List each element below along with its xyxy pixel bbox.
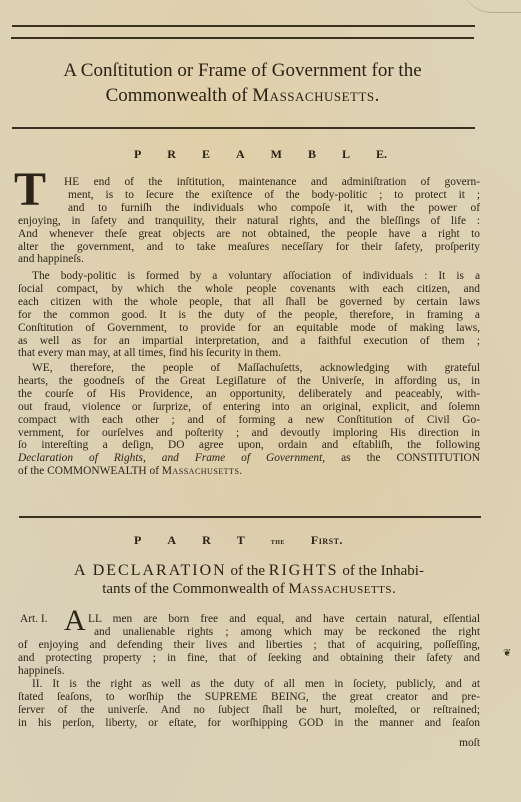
title-line-2: Commonwealth of Massachusetts. [10,83,475,108]
text-line: in his perſon, liberty, or eſtate, for w… [18,717,480,730]
text-line: II. It is the right as well as the duty … [18,678,480,691]
text-line: ſtated ſeaſons, to worſhip the SUPREME B… [18,691,480,704]
text-line: and happineſs. [18,253,480,266]
heading-letter: A [236,147,245,162]
declaration-word: A DECLARATION [74,562,227,579]
text-line: each citizen with the whole people, that… [18,296,480,309]
text-line: out fraud, violence or ſurprize, of ente… [18,401,480,414]
preamble-paragraph-2: The body-politic is formed by a voluntar… [18,270,480,360]
text-line: and to furniſh the individuals who compo… [18,202,480,215]
part-separator-rule [19,516,481,518]
text-line: of enjoying and defending their lives an… [18,639,480,652]
part-heading: PARTtheFirst. [0,533,499,548]
catchword: moſt [459,737,480,749]
text-line: ſocial compact, by which the whole peopl… [18,283,480,296]
text-line: Declaration of Rights, and Frame of Gove… [18,452,480,465]
declaration-title-line-2: tants of the Commonwealth of Massachuset… [18,580,480,598]
text-line: LL men are born free and equal, and have… [18,613,480,626]
heading-letter: A [167,533,176,548]
period: . [392,581,396,597]
text-line: HE end of the inſtitution, maintenance a… [18,176,480,189]
document-title: A Conſtitution or Frame of Government fo… [10,58,475,108]
text-line: that every man may, at all times, find h… [18,347,480,360]
part-first: First. [311,533,343,548]
period: . [239,465,242,477]
title-massachusetts: Massachusetts [252,85,374,106]
top-rule-1 [12,25,475,27]
text-line: for the common good. It is the duty of t… [18,309,480,322]
text-line: ment, is to ſecure the exiſtence of the … [18,189,480,202]
text-line: The body-politic is formed by a voluntar… [18,270,480,283]
heading-letter: E [202,147,210,162]
massachusetts-text: Massachusetts [288,581,392,597]
tants-text: tants of the Commonwealth of [102,581,288,597]
preamble-heading: PREAMBLE. [0,147,521,162]
article-1-paragraph: LL men are born free and equal, and have… [18,613,480,678]
heading-letter: E. [376,147,387,162]
heading-letter: L [342,147,350,162]
heading-letter: T [237,533,245,548]
heading-letter: R [202,533,211,548]
rights-word: RIGHTS [269,562,339,579]
preamble-paragraph-1: HE end of the inſtitution, maintenance a… [18,176,480,266]
text-line: And whenever theſe great objects are not… [18,228,480,241]
text-line: ſerver of the univerſe. And no ſubject ſ… [18,704,480,717]
commonwealth-text: of the COMMONWEALTH of [18,465,162,477]
text-line: the courſe of His Providence, an opportu… [18,388,480,401]
text-line: and protecting property ; in fine, that … [18,652,480,665]
italic-declaration-text: Declaration of Rights, and Frame of Gove… [18,452,325,464]
text-line: vernment, for ourſelves and poſterity ; … [18,427,480,440]
preamble-paragraph-3: WE, therefore, the people of Maſſachuſet… [18,362,480,478]
heading-letter: R [167,147,176,162]
article-2-paragraph: II. It is the right as well as the duty … [18,678,480,730]
text-line: happineſs. [18,665,480,678]
margin-ornament-icon: ❦ [503,648,511,659]
text-line: WE, therefore, the people of Maſſachuſet… [18,362,480,375]
heading-letter: M [271,147,282,162]
heading-letter: P [134,147,141,162]
text-line: hearts, the goodneſs of the Great Legiſl… [18,375,480,388]
title-under-rule [12,127,475,129]
text-line: of the COMMONWEALTH of Massachusetts. [18,465,480,478]
constitution-text: as the CONSTITUTION [325,452,480,464]
title-period: . [375,85,380,106]
title-line-2-text: Commonwealth of [106,85,253,106]
top-rule-2 [11,37,474,39]
title-line-1: A Conſtitution or Frame of Government fo… [10,58,475,83]
heading-letter: P [134,533,141,548]
massachusetts-text: Massachusetts [162,465,240,477]
text-line: as well as for an impartial interpretati… [18,335,480,348]
text-line: ſo intereſting a deſign, DO agree upon, … [18,439,480,452]
declaration-title-line-1: A DECLARATION of the RIGHTS of the Inhab… [18,562,480,580]
text-line: enjoying, in ſafety and tranquility, the… [18,215,480,228]
of-the: of the [227,563,269,579]
heading-letter: B [308,147,316,162]
part-the: the [271,536,285,546]
declaration-title: A DECLARATION of the RIGHTS of the Inhab… [18,562,480,598]
page-corner-fold [461,0,521,13]
text-line: compact with each other ; and of forming… [18,414,480,427]
document-page: A Conſtitution or Frame of Government fo… [0,0,521,802]
text-line: alter the government, and to take meaſur… [18,241,480,254]
text-line: Conſtitution of Government, to provide f… [18,322,480,335]
text-line: and unalienable rights ; among which may… [18,626,480,639]
inhabi-text: of the Inhabi- [339,563,424,579]
